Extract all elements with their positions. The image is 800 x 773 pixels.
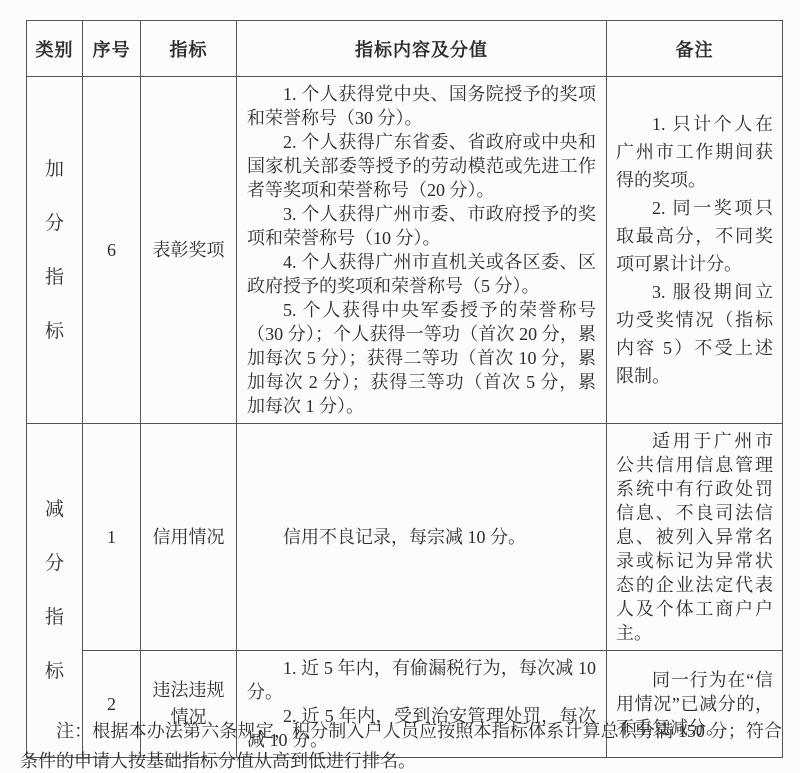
remarks-cell: 1. 只计个人在广州市工作期间获得的奖项。 2. 同一奖项只取最高分，不同奖项可… (607, 77, 783, 424)
remark-item: 3. 服役期间立功受奖情况（指标内容 5）不受上述限制。 (616, 278, 773, 390)
remark-item: 2. 同一奖项只取最高分，不同奖项可累计计分。 (616, 194, 773, 278)
remarks-cell: 适用于广州市公共信用信息管理系统中有行政处罚信息、不良司法信息、被列入异常名录或… (607, 424, 783, 651)
header-number: 序号 (83, 21, 141, 77)
remark-item: 1. 只计个人在广州市工作期间获得的奖项。 (616, 110, 773, 194)
content-item: 5. 个人获得中央军委授予的荣誉称号（30 分）；个人获得一等功（首次 20 分… (247, 298, 596, 418)
category-label-bonus: 加分指标 (27, 160, 82, 341)
footnote: 注：根据本办法第六条规定，积分制入户人员应按照本指标体系计算总积分满 150 分… (20, 716, 782, 773)
indicator-name-cell: 信用情况 (141, 424, 237, 651)
header-category: 类别 (27, 21, 83, 77)
remark-item: 适用于广州市公共信用信息管理系统中有行政处罚信息、不良司法信息、被列入异常名录或… (616, 429, 773, 645)
header-remarks: 备注 (607, 21, 783, 77)
header-indicator: 指标 (141, 21, 237, 77)
content-item: 1. 近 5 年内，有偷漏税行为，每次减 10 分。 (247, 656, 596, 704)
content-item: 4. 个人获得广州市直机关或各区委、区政府授予的奖项和荣誉称号（5 分）。 (247, 250, 596, 298)
content-item: 3. 个人获得广州市委、市政府授予的奖项和荣誉称号（10 分）。 (247, 202, 596, 250)
indicator-name: 表彰奖项 (147, 237, 230, 264)
row-number: 1 (83, 424, 141, 651)
indicator-name-cell: 表彰奖项 (141, 77, 237, 424)
indicator-name: 信用情况 (147, 524, 230, 551)
indicator-content-cell: 1. 个人获得党中央、国务院授予的奖项和荣誉称号（30 分）。 2. 个人获得广… (237, 77, 607, 424)
table-row-credit: 减分指标 1 信用情况 信用不良记录，每宗减 10 分。 适用于广州市公共信用信… (27, 424, 783, 651)
category-cell-deduction: 减分指标 (27, 424, 83, 758)
content-item: 1. 个人获得党中央、国务院授予的奖项和荣誉称号（30 分）。 (247, 82, 596, 130)
category-cell-bonus: 加分指标 (27, 77, 83, 424)
indicator-content-cell: 信用不良记录，每宗减 10 分。 (237, 424, 607, 651)
category-label-deduction: 减分指标 (27, 500, 82, 681)
scanned-document: 类别 序号 指标 指标内容及分值 备注 加分指标 6 表彰奖项 1. 个人获得党… (0, 0, 800, 773)
table-row-bonus-awards: 加分指标 6 表彰奖项 1. 个人获得党中央、国务院授予的奖项和荣誉称号（30 … (27, 77, 783, 424)
content-item: 信用不良记录，每宗减 10 分。 (247, 525, 596, 549)
row-number: 6 (83, 77, 141, 424)
content-item: 2. 个人获得广东省委、省政府或中央和国家机关部委等授予的劳动模范或先进工作者等… (247, 130, 596, 202)
indicator-score-table: 类别 序号 指标 指标内容及分值 备注 加分指标 6 表彰奖项 1. 个人获得党… (26, 20, 783, 758)
header-content-score: 指标内容及分值 (237, 21, 607, 77)
table-header-row: 类别 序号 指标 指标内容及分值 备注 (27, 21, 783, 77)
